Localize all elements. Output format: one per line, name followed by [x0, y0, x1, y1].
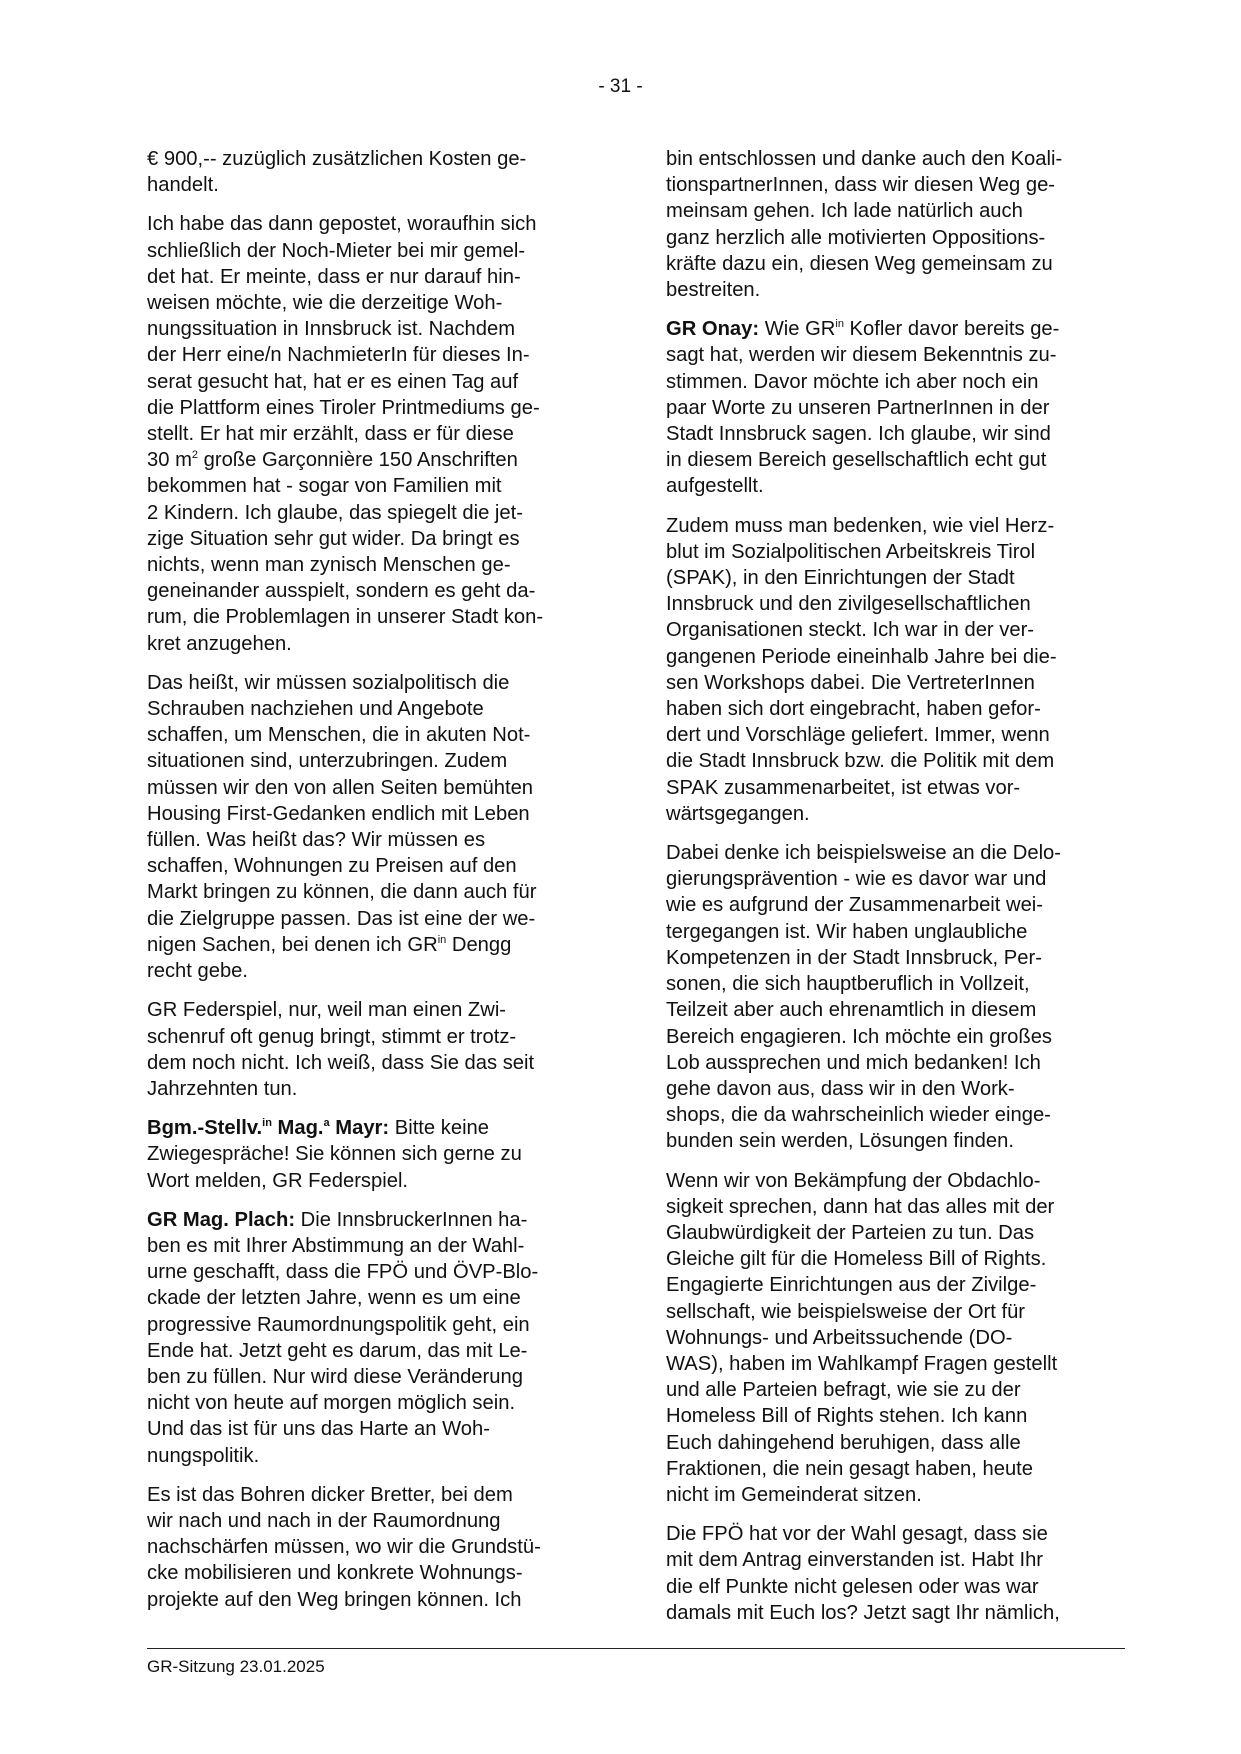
text-line: sen Workshops dabei. Die VertreterInnen [666, 670, 1144, 696]
paragraph: Die FPÖ hat vor der Wahl gesagt, dass si… [666, 1521, 1144, 1626]
text-line: Zwiegespräche! Sie können sich gerne zu [147, 1141, 617, 1167]
text-line: die Zielgruppe passen. Das ist eine der … [147, 906, 617, 932]
text-line: meinsam gehen. Ich lade natürlich auch [666, 198, 1144, 224]
left-column: € 900,-- zuzüglich zusätzlichen Kosten g… [147, 146, 617, 1626]
page-number: - 31 - [0, 76, 1241, 98]
text-line: schaffen, um Menschen, die in akuten Not… [147, 722, 617, 748]
text-line: cke mobilisieren und konkrete Wohnungs- [147, 1560, 617, 1586]
speaker-paragraph: Bgm.-Stellv.in Mag.a Mayr: Bitte keineZw… [147, 1115, 617, 1194]
speech-text: Bitte keine [389, 1117, 489, 1139]
text-line: Dabei denke ich beispielsweise an die De… [666, 840, 1144, 866]
text-line: füllen. Was heißt das? Wir müssen es [147, 827, 617, 853]
text-line: gierungsprävention - wie es davor war un… [666, 866, 1144, 892]
text-line: Ende hat. Jetzt geht es darum, das mit L… [147, 1338, 617, 1364]
speech-text: Die InnsbruckerInnen ha- [295, 1209, 527, 1231]
text-line: Organisationen steckt. Ich war in der ve… [666, 617, 1144, 643]
text-line: aufgestellt. [666, 473, 1144, 499]
paragraph: Es ist das Bohren dicker Bretter, bei de… [147, 1482, 617, 1613]
speech-text: Wie GRin Kofler davor bereits ge- [759, 318, 1059, 340]
text-line: Lob aussprechen und mich bedanken! Ich [666, 1050, 1144, 1076]
text-line: stimmen. Davor möchte ich aber noch ein [666, 369, 1144, 395]
text-line: dert und Vorschläge geliefert. Immer, we… [666, 722, 1144, 748]
text-line: ben zu füllen. Nur wird diese Veränderun… [147, 1364, 617, 1390]
paragraph: GR Federspiel, nur, weil man einen Zwi-s… [147, 997, 617, 1102]
paragraph: Das heißt, wir müssen sozialpolitisch di… [147, 670, 617, 984]
text-line: schließlich der Noch-Mieter bei mir geme… [147, 238, 617, 264]
text-line: Wenn wir von Bekämpfung der Obdachlo- [666, 1168, 1144, 1194]
text-line: wir nach und nach in der Raumordnung [147, 1508, 617, 1534]
speaker-name: GR Onay: [666, 318, 759, 340]
text-line: Markt bringen zu können, die dann auch f… [147, 879, 617, 905]
text-line: Schrauben nachziehen und Angebote [147, 696, 617, 722]
text-line: wie es aufgrund der Zusammenarbeit wei- [666, 892, 1144, 918]
text-line: zige Situation sehr gut wider. Da bringt… [147, 526, 617, 552]
text-line: weisen möchte, wie die derzeitige Woh- [147, 290, 617, 316]
text-line: Bereich engagieren. Ich möchte ein große… [666, 1024, 1144, 1050]
text-line: GR Onay: Wie GRin Kofler davor bereits g… [666, 316, 1144, 342]
text-line: tionspartnerInnen, dass wir diesen Weg g… [666, 172, 1144, 198]
text-line: tergegangen ist. Wir haben unglaubliche [666, 919, 1144, 945]
text-line: WAS), haben im Wahlkampf Fragen gestellt [666, 1351, 1144, 1377]
right-column: bin entschlossen und danke auch den Koal… [666, 146, 1144, 1639]
text-line: blut im Sozialpolitischen Arbeitskreis T… [666, 539, 1144, 565]
text-line: Homeless Bill of Rights stehen. Ich kann [666, 1403, 1144, 1429]
paragraph: Ich habe das dann gepostet, woraufhin si… [147, 211, 617, 656]
footer-divider [147, 1648, 1125, 1649]
text-line: Zudem muss man bedenken, wie viel Herz- [666, 513, 1144, 539]
text-line: Und das ist für uns das Harte an Woh- [147, 1416, 617, 1442]
text-line: bunden sein werden, Lösungen finden. [666, 1128, 1144, 1154]
text-line: in diesem Bereich gesellschaftlich echt … [666, 447, 1144, 473]
text-line: progressive Raumordnungspolitik geht, ei… [147, 1312, 617, 1338]
text-line: nicht von heute auf morgen möglich sein. [147, 1390, 617, 1416]
speaker-paragraph: GR Mag. Plach: Die InnsbruckerInnen ha-b… [147, 1207, 617, 1469]
text-line: kret anzugehen. [147, 631, 617, 657]
text-line: die Plattform eines Tiroler Printmediums… [147, 395, 617, 421]
text-line: Bgm.-Stellv.in Mag.a Mayr: Bitte keine [147, 1115, 617, 1141]
text-line: kräfte dazu ein, diesen Weg gemeinsam zu [666, 251, 1144, 277]
text-line: ganz herzlich alle motivierten Oppositio… [666, 225, 1144, 251]
text-line: müssen wir den von allen Seiten bemühten [147, 775, 617, 801]
text-line: serat gesucht hat, hat er es einen Tag a… [147, 369, 617, 395]
text-line: nungspolitik. [147, 1443, 617, 1469]
text-line: und alle Parteien befragt, wie sie zu de… [666, 1377, 1144, 1403]
text-line: shops, die da wahrscheinlich wieder eing… [666, 1102, 1144, 1128]
text-line: recht gebe. [147, 958, 617, 984]
text-line: Innsbruck und den zivilgesellschaftliche… [666, 591, 1144, 617]
text-line: Engagierte Einrichtungen aus der Zivilge… [666, 1272, 1144, 1298]
text-line: nicht im Gemeinderat sitzen. [666, 1482, 1144, 1508]
speaker-name: GR Mag. Plach: [147, 1209, 295, 1231]
text-line: situationen sind, unterzubringen. Zudem [147, 748, 617, 774]
text-line: Kompetenzen in der Stadt Innsbruck, Per- [666, 945, 1144, 971]
text-line: nachschärfen müssen, wo wir die Grundstü… [147, 1534, 617, 1560]
text-line: nichts, wenn man zynisch Menschen ge- [147, 552, 617, 578]
text-line: urne geschafft, dass die FPÖ und ÖVP-Blo… [147, 1259, 617, 1285]
text-line: gehe davon aus, dass wir in den Work- [666, 1076, 1144, 1102]
text-line: Teilzeit aber auch ehrenamtlich in diese… [666, 997, 1144, 1023]
paragraph: € 900,-- zuzüglich zusätzlichen Kosten g… [147, 146, 617, 198]
text-line: projekte auf den Weg bringen können. Ich [147, 1587, 617, 1613]
text-line: 30 m2 große Garçonnière 150 Anschriften [147, 447, 617, 473]
text-line: schaffen, Wohnungen zu Preisen auf den [147, 853, 617, 879]
text-line: Wohnungs- und Arbeitssuchende (DO- [666, 1325, 1144, 1351]
text-line: handelt. [147, 172, 617, 198]
text-line: bekommen hat - sogar von Familien mit [147, 473, 617, 499]
text-line: (SPAK), in den Einrichtungen der Stadt [666, 565, 1144, 591]
text-line: Wort melden, GR Federspiel. [147, 1168, 617, 1194]
text-line: bin entschlossen und danke auch den Koal… [666, 146, 1144, 172]
text-line: die Stadt Innsbruck bzw. die Politik mit… [666, 748, 1144, 774]
speaker-name: Bgm.-Stellv.in Mag.a Mayr: [147, 1117, 389, 1139]
paragraph: Dabei denke ich beispielsweise an die De… [666, 840, 1144, 1154]
text-line: paar Worte zu unseren PartnerInnen in de… [666, 395, 1144, 421]
text-line: Housing First-Gedanken endlich mit Leben [147, 801, 617, 827]
text-line: Jahrzehnten tun. [147, 1076, 617, 1102]
text-line: haben sich dort eingebracht, haben gefor… [666, 696, 1144, 722]
text-line: geneinander ausspielt, sondern es geht d… [147, 578, 617, 604]
text-line: det hat. Er meinte, dass er nur darauf h… [147, 264, 617, 290]
text-line: sonen, die sich hauptberuflich in Vollze… [666, 971, 1144, 997]
text-line: Ich habe das dann gepostet, woraufhin si… [147, 211, 617, 237]
text-line: wärtsgegangen. [666, 801, 1144, 827]
text-line: Fraktionen, die nein gesagt haben, heute [666, 1456, 1144, 1482]
paragraph: Wenn wir von Bekämpfung der Obdachlo-sig… [666, 1168, 1144, 1509]
text-line: bestreiten. [666, 277, 1144, 303]
text-line: GR Federspiel, nur, weil man einen Zwi- [147, 997, 617, 1023]
text-line: damals mit Euch los? Jetzt sagt Ihr näml… [666, 1600, 1144, 1626]
text-line: nungssituation in Innsbruck ist. Nachdem [147, 316, 617, 342]
text-line: Euch dahingehend beruhigen, dass alle [666, 1430, 1144, 1456]
text-line: stellt. Er hat mir erzählt, dass er für … [147, 421, 617, 447]
text-line: GR Mag. Plach: Die InnsbruckerInnen ha- [147, 1207, 617, 1233]
text-line: sagt hat, werden wir diesem Bekenntnis z… [666, 342, 1144, 368]
text-line: sigkeit sprechen, dann hat das alles mit… [666, 1194, 1144, 1220]
text-line: Die FPÖ hat vor der Wahl gesagt, dass si… [666, 1521, 1144, 1547]
text-line: der Herr eine/n NachmieterIn für dieses … [147, 342, 617, 368]
paragraph: bin entschlossen und danke auch den Koal… [666, 146, 1144, 303]
text-line: mit dem Antrag einverstanden ist. Habt I… [666, 1547, 1144, 1573]
text-line: dem noch nicht. Ich weiß, dass Sie das s… [147, 1050, 617, 1076]
text-line: Stadt Innsbruck sagen. Ich glaube, wir s… [666, 421, 1144, 447]
text-line: Gleiche gilt für die Homeless Bill of Ri… [666, 1246, 1144, 1272]
text-line: € 900,-- zuzüglich zusätzlichen Kosten g… [147, 146, 617, 172]
text-line: schenruf oft genug bringt, stimmt er tro… [147, 1024, 617, 1050]
text-line: ben es mit Ihrer Abstimmung an der Wahl- [147, 1233, 617, 1259]
footer-session-date: GR-Sitzung 23.01.2025 [147, 1657, 325, 1677]
text-line: sellschaft, wie beispielsweise der Ort f… [666, 1299, 1144, 1325]
text-line: die elf Punkte nicht gelesen oder was wa… [666, 1574, 1144, 1600]
text-line: SPAK zusammenarbeitet, ist etwas vor- [666, 775, 1144, 801]
text-line: Das heißt, wir müssen sozialpolitisch di… [147, 670, 617, 696]
text-line: ckade der letzten Jahre, wenn es um eine [147, 1285, 617, 1311]
text-line: rum, die Problemlagen in unserer Stadt k… [147, 604, 617, 630]
text-line: nigen Sachen, bei denen ich GRin Dengg [147, 932, 617, 958]
text-line: gangenen Periode eineinhalb Jahre bei di… [666, 644, 1144, 670]
text-line: Es ist das Bohren dicker Bretter, bei de… [147, 1482, 617, 1508]
text-line: 2 Kindern. Ich glaube, das spiegelt die … [147, 500, 617, 526]
text-line: Glaubwürdigkeit der Parteien zu tun. Das [666, 1220, 1144, 1246]
speaker-paragraph: GR Onay: Wie GRin Kofler davor bereits g… [666, 316, 1144, 499]
paragraph: Zudem muss man bedenken, wie viel Herz-b… [666, 513, 1144, 827]
